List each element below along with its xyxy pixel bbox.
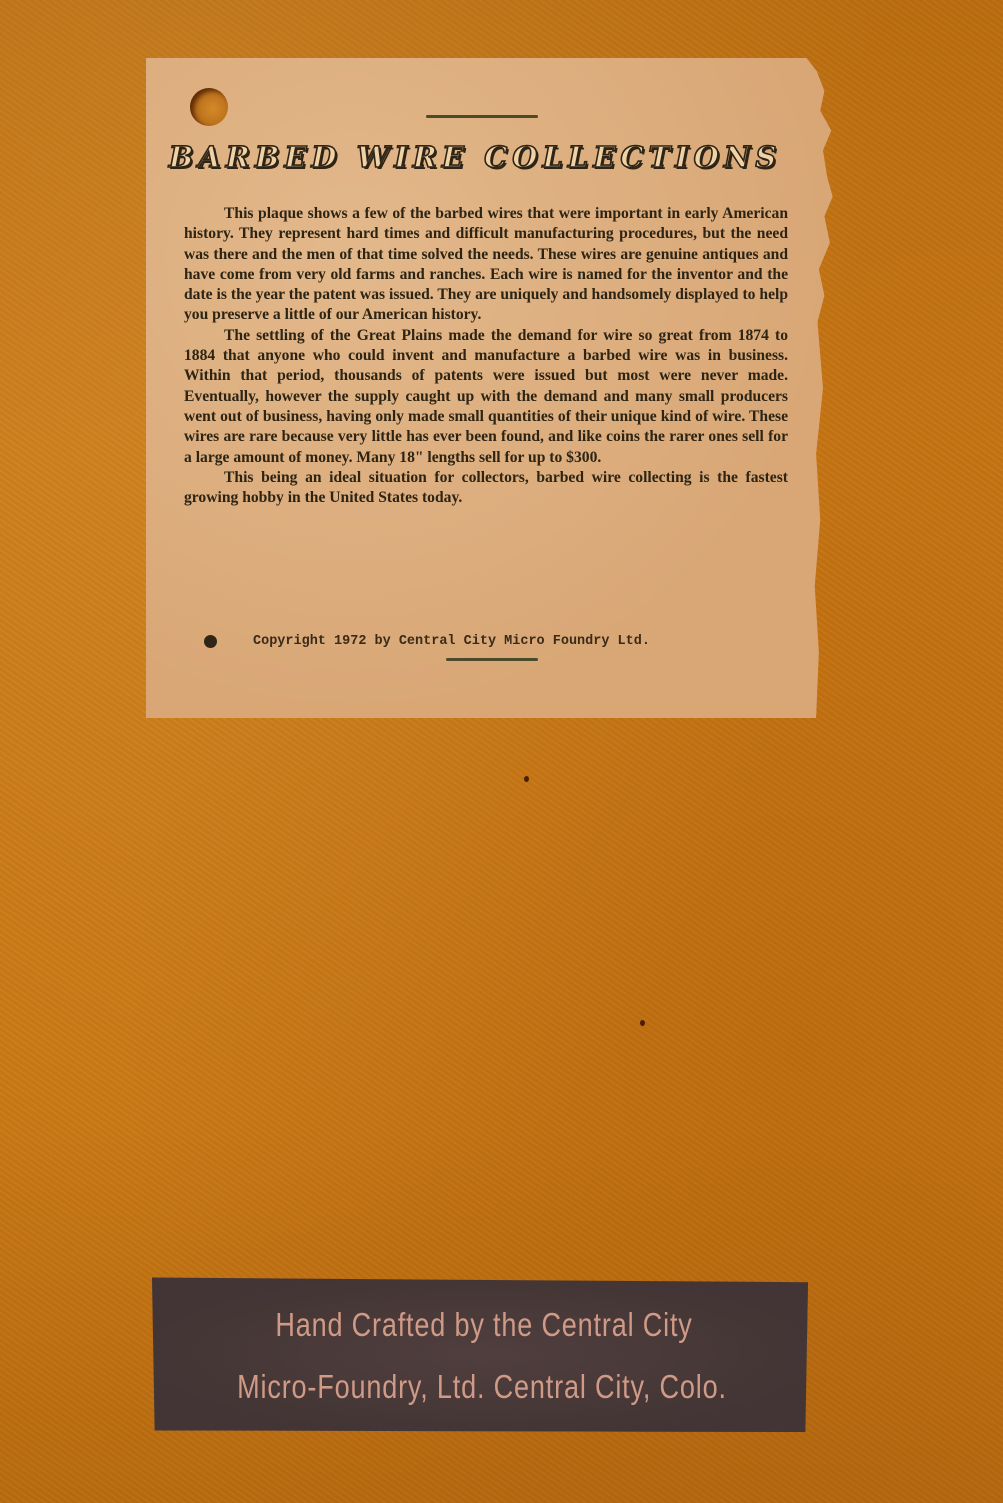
card-body: This plaque shows a few of the barbed wi… [184, 204, 788, 508]
paragraph-3: This being an ideal situation for collec… [184, 468, 788, 509]
top-rule [426, 115, 538, 118]
bottom-rule [446, 658, 538, 661]
felt-speck [640, 1020, 645, 1026]
copyright-line: Copyright 1972 by Central City Micro Fou… [204, 634, 650, 649]
copyright-text: Copyright 1972 by Central City Micro Fou… [253, 634, 650, 649]
copyright-icon [204, 635, 217, 648]
info-tag-card: BARBED WIRE COLLECTIONS This plaque show… [146, 58, 834, 718]
paragraph-1: This plaque shows a few of the barbed wi… [184, 204, 788, 326]
nameplate-line-2: Micro-Foundry, Ltd. Central City, Colo. [215, 1368, 750, 1406]
maker-nameplate: Hand Crafted by the Central City Micro-F… [152, 1276, 808, 1432]
punch-hole [190, 88, 228, 126]
felt-speck [524, 776, 529, 782]
card-title: BARBED WIRE COLLECTIONS [146, 140, 804, 174]
nameplate-line-1: Hand Crafted by the Central City [218, 1306, 749, 1344]
paragraph-2: The settling of the Great Plains made th… [184, 326, 788, 468]
